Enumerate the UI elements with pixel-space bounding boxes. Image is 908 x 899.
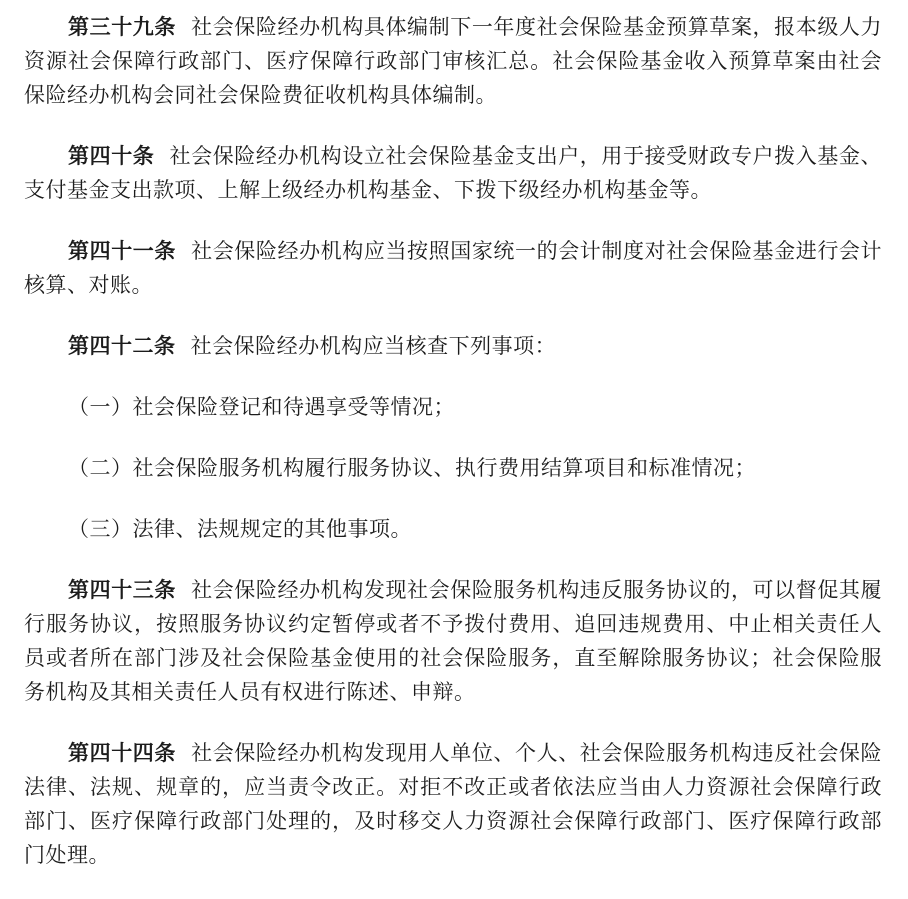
paragraph-article-44: 第四十四条社会保险经办机构发现用人单位、个人、社会保险服务机构违反社会保险法律、…	[24, 737, 882, 873]
article-40-number: 第四十条	[68, 145, 154, 168]
list-item-3-number: （三）	[68, 518, 133, 541]
list-item-3: （三）法律、法规规定的其他事项。	[24, 513, 882, 547]
document-page: 第三十九条社会保险经办机构具体编制下一年度社会保险基金预算草案，报本级人力资源社…	[0, 0, 908, 899]
article-42-text: 社会保险经办机构应当核查下列事项：	[191, 335, 557, 358]
article-44-number: 第四十四条	[68, 742, 176, 765]
article-42-number: 第四十二条	[68, 335, 176, 358]
list-item-2: （二）社会保险服务机构履行服务协议、执行费用结算项目和标准情况；	[24, 452, 882, 486]
list-item-2-number: （二）	[68, 457, 133, 480]
list-item-3-text: 法律、法规规定的其他事项。	[133, 518, 413, 541]
paragraph-article-39: 第三十九条社会保险经办机构具体编制下一年度社会保险基金预算草案，报本级人力资源社…	[24, 11, 882, 113]
paragraph-article-43: 第四十三条社会保险经办机构发现社会保险服务机构违反服务协议的，可以督促其履行服务…	[24, 574, 882, 710]
list-item-1: （一）社会保险登记和待遇享受等情况；	[24, 391, 882, 425]
paragraph-article-42: 第四十二条社会保险经办机构应当核查下列事项：	[24, 330, 882, 364]
article-43-number: 第四十三条	[68, 579, 176, 602]
list-item-1-number: （一）	[68, 396, 133, 419]
paragraph-article-40: 第四十条社会保险经办机构设立社会保险基金支出户，用于接受财政专户拨入基金、支付基…	[24, 140, 882, 208]
list-item-1-text: 社会保险登记和待遇享受等情况；	[133, 396, 456, 419]
paragraph-article-41: 第四十一条社会保险经办机构应当按照国家统一的会计制度对社会保险基金进行会计核算、…	[24, 235, 882, 303]
list-item-2-text: 社会保险服务机构履行服务协议、执行费用结算项目和标准情况；	[133, 457, 757, 480]
article-41-number: 第四十一条	[68, 240, 176, 263]
article-39-number: 第三十九条	[68, 16, 176, 39]
